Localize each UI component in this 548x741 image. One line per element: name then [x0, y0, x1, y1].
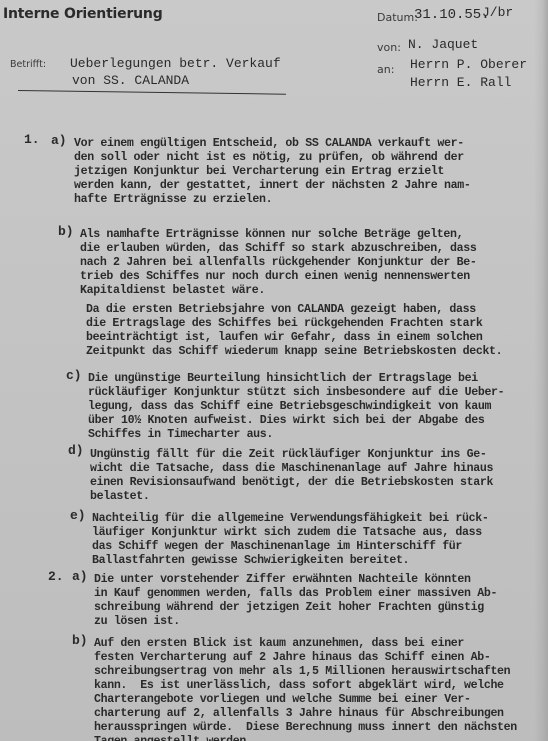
document-title: Interne Orientierung: [3, 6, 163, 22]
subject-line-1: Ueberlegungen betr. Verkauf: [70, 56, 281, 71]
recipient-2: Herrn E. Rall: [410, 75, 511, 90]
subject-underline: [18, 90, 286, 95]
from-label: von:: [377, 41, 401, 54]
paragraph-1c: Die ungünstige Beurteilung hinsichtlich …: [88, 372, 504, 442]
paragraph-1b-continuation: Da die ersten Betriebsjahre von CALANDA …: [86, 303, 502, 359]
item-letter-1c: c): [66, 368, 82, 383]
paper-edge-shadow: [534, 0, 548, 741]
subject-line-2: von SS. CALANDA: [72, 73, 189, 88]
paragraph-1d: Ungünstig fällt für die Zeit rückläufige…: [90, 448, 493, 504]
reference-initials: J/br: [482, 5, 513, 20]
paragraph-2a: Die unter vorstehender Ziffer erwähnten …: [94, 573, 497, 629]
paragraph-2b: Auf den ersten Blick ist kaum anzunehmen…: [94, 637, 517, 741]
item-letter-1a: a): [51, 133, 67, 148]
item-letter-2b: b): [72, 633, 88, 648]
date-value: 31.10.55.: [414, 7, 490, 23]
paragraph-1e: Nachteilig für die allgemeine Verwendung…: [92, 512, 488, 568]
item-letter-1d: d): [68, 443, 84, 458]
item-letter-1e: e): [70, 508, 86, 523]
section-number-1: 1.: [24, 132, 40, 147]
to-label: an:: [377, 63, 394, 76]
from-value: N. Jaquet: [408, 37, 478, 52]
paragraph-1a: Vor einem engültigen Entscheid, ob SS CA…: [74, 137, 470, 207]
item-letter-1b: b): [58, 224, 74, 239]
section-number-2: 2.: [48, 569, 64, 584]
memo-page: Interne Orientierung Betrifft: Ueberlegu…: [0, 0, 548, 741]
betrifft-label: Betrifft:: [10, 59, 46, 70]
date-label: Datum:: [377, 11, 418, 24]
item-letter-2a: a): [72, 569, 88, 584]
paragraph-1b: Als namhafte Erträgnisse können nur solc…: [80, 228, 476, 298]
recipient-1: Herrn P. Oberer: [410, 57, 527, 72]
